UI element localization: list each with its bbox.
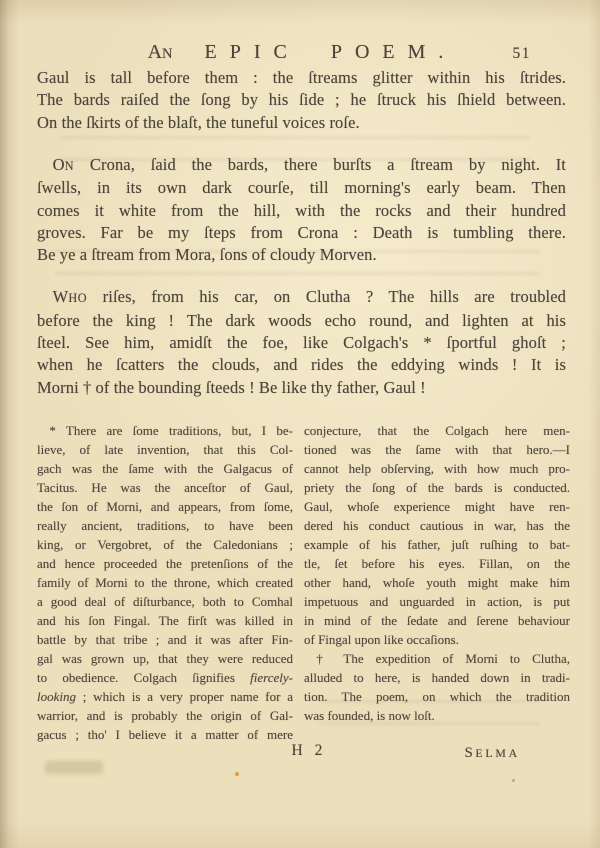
running-head-an-cap: A [148,41,162,63]
text-line: gal was grown up, that they were reduced [37,649,293,668]
text-line: alluded to here, is handed down in tradi… [304,668,570,687]
page-footer: H 2 SELMA [37,742,567,766]
text-line: warrior, and is probably the origin of G… [37,706,293,725]
paragraph-who-rises: WHO riſes, from his car, on Clutha ? The… [37,286,566,399]
text-line: looking ; which is a very proper name fo… [37,687,293,706]
catchword: SELMA [465,744,520,762]
text-line: gach was the ſame with the Galgacus of [37,459,293,478]
running-head: ANEPIC POEM. 51 [37,41,567,69]
text-line: a good deal of diſturbance, both to Comh… [37,592,293,611]
text-line: was founded, is now loſt. [304,706,570,725]
text-line: of Fingal upon like occaſions. [304,630,570,649]
text-line: WHO riſes, from his car, on Clutha ? The… [37,286,566,309]
text-line: impetuous and unguarded in action, is pu… [304,592,570,611]
text-line: tioned was the ſame with that hero.—I [304,440,570,459]
catchword-cap: S [465,745,476,761]
text-line: dered his conduct cautious in war, has t… [304,516,570,535]
text-line: ſteel. See him, amidſt the foe, like Col… [37,332,566,354]
text-line: and his ſon Fingal. The firſt was killed… [37,611,293,630]
text-line: before the king ! The dark woods echo ro… [37,310,566,332]
text-line: priety the ſong of the bards is conducte… [304,478,570,497]
paragraph-on-crona: ON Crona, ſaid the bards, there burſts a… [37,154,566,267]
text-line: * There are ſome traditions, but, I be- [37,421,293,440]
footnote-right-column: conjecture, that the Colgach here men-ti… [304,421,570,744]
footnote-left-column: * There are ſome traditions, but, I be-l… [37,421,293,744]
text-line: other hand, whoſe youth might make him [304,573,570,592]
text-line: † The expedition of Morni to Clutha, [304,649,570,668]
foxing-spot [512,779,515,782]
text-line: lieve, of late invention, that this Col- [37,440,293,459]
running-head-poem-title: EPIC POEM. [205,41,457,63]
footnotes: * There are ſome traditions, but, I be-l… [37,421,570,744]
text-line: conjecture, that the Colgach here men- [304,421,570,440]
text-line: cannot help obſerving, with how much pro… [304,459,570,478]
text-line: battle by that tribe ; and it was after … [37,630,293,649]
text-line: groves. Far be my ſteps from Crona : Dea… [37,222,566,244]
text-line: Gaul, whoſe experience might have ren- [304,497,570,516]
running-head-title: ANEPIC POEM. [37,41,567,64]
signature-mark: H 2 [292,742,327,760]
foxing-spot [235,772,239,776]
text-line: tion. The poem, on which the tradition [304,687,570,706]
text-line: comes it white from the hill, with the r… [37,200,566,222]
text-line: to obedience. Colgach ſignifies fiercely… [37,668,293,687]
text-line: Gaul is tall before them : the ſtreams g… [37,67,566,89]
book-page: ANEPIC POEM. 51 Gaul is tall before them… [0,0,600,848]
main-text: Gaul is tall before them : the ſtreams g… [37,67,566,399]
text-line: really ancient, traditions, to have been [37,516,293,535]
text-line: when he ſcatters the clouds, and rides t… [37,354,566,376]
page-number: 51 [513,45,532,63]
catchword-smallcaps: ELMA [475,746,520,760]
text-line: in mind of the ſedate and ſerene behavio… [304,611,570,630]
paragraph-gaul-is-tall: Gaul is tall before them : the ſtreams g… [37,67,566,134]
text-line: family of Morni to the throne, which cre… [37,573,293,592]
text-line: king, or Vergobret, of the Caledonians ; [37,535,293,554]
text-line: The bards raiſed the ſong by his ſide ; … [37,89,566,111]
text-line: example of his father, juſt ruſhing to b… [304,535,570,554]
text-line: On the ſkirts of the blaſt, the tuneful … [37,112,566,134]
running-head-an-smallcap: N [162,46,172,62]
text-line: Tacitus. He was the anceſtor of Gaul, [37,478,293,497]
text-line: ſwells, in its own dark courſe, till mor… [37,177,566,199]
text-line: tle, ſet before his eyes. Fillan, on the [304,554,570,573]
text-line: Morni † of the bounding ſteeds ! Be like… [37,377,566,399]
text-line: and hence proceeded the pretenſions of t… [37,554,293,573]
text-line: Be ye a ſtream from Mora, ſons of cloudy… [37,244,566,266]
text-line: ON Crona, ſaid the bards, there burſts a… [37,154,566,177]
text-line: the ſon of Morni, and appears, from ſome… [37,497,293,516]
